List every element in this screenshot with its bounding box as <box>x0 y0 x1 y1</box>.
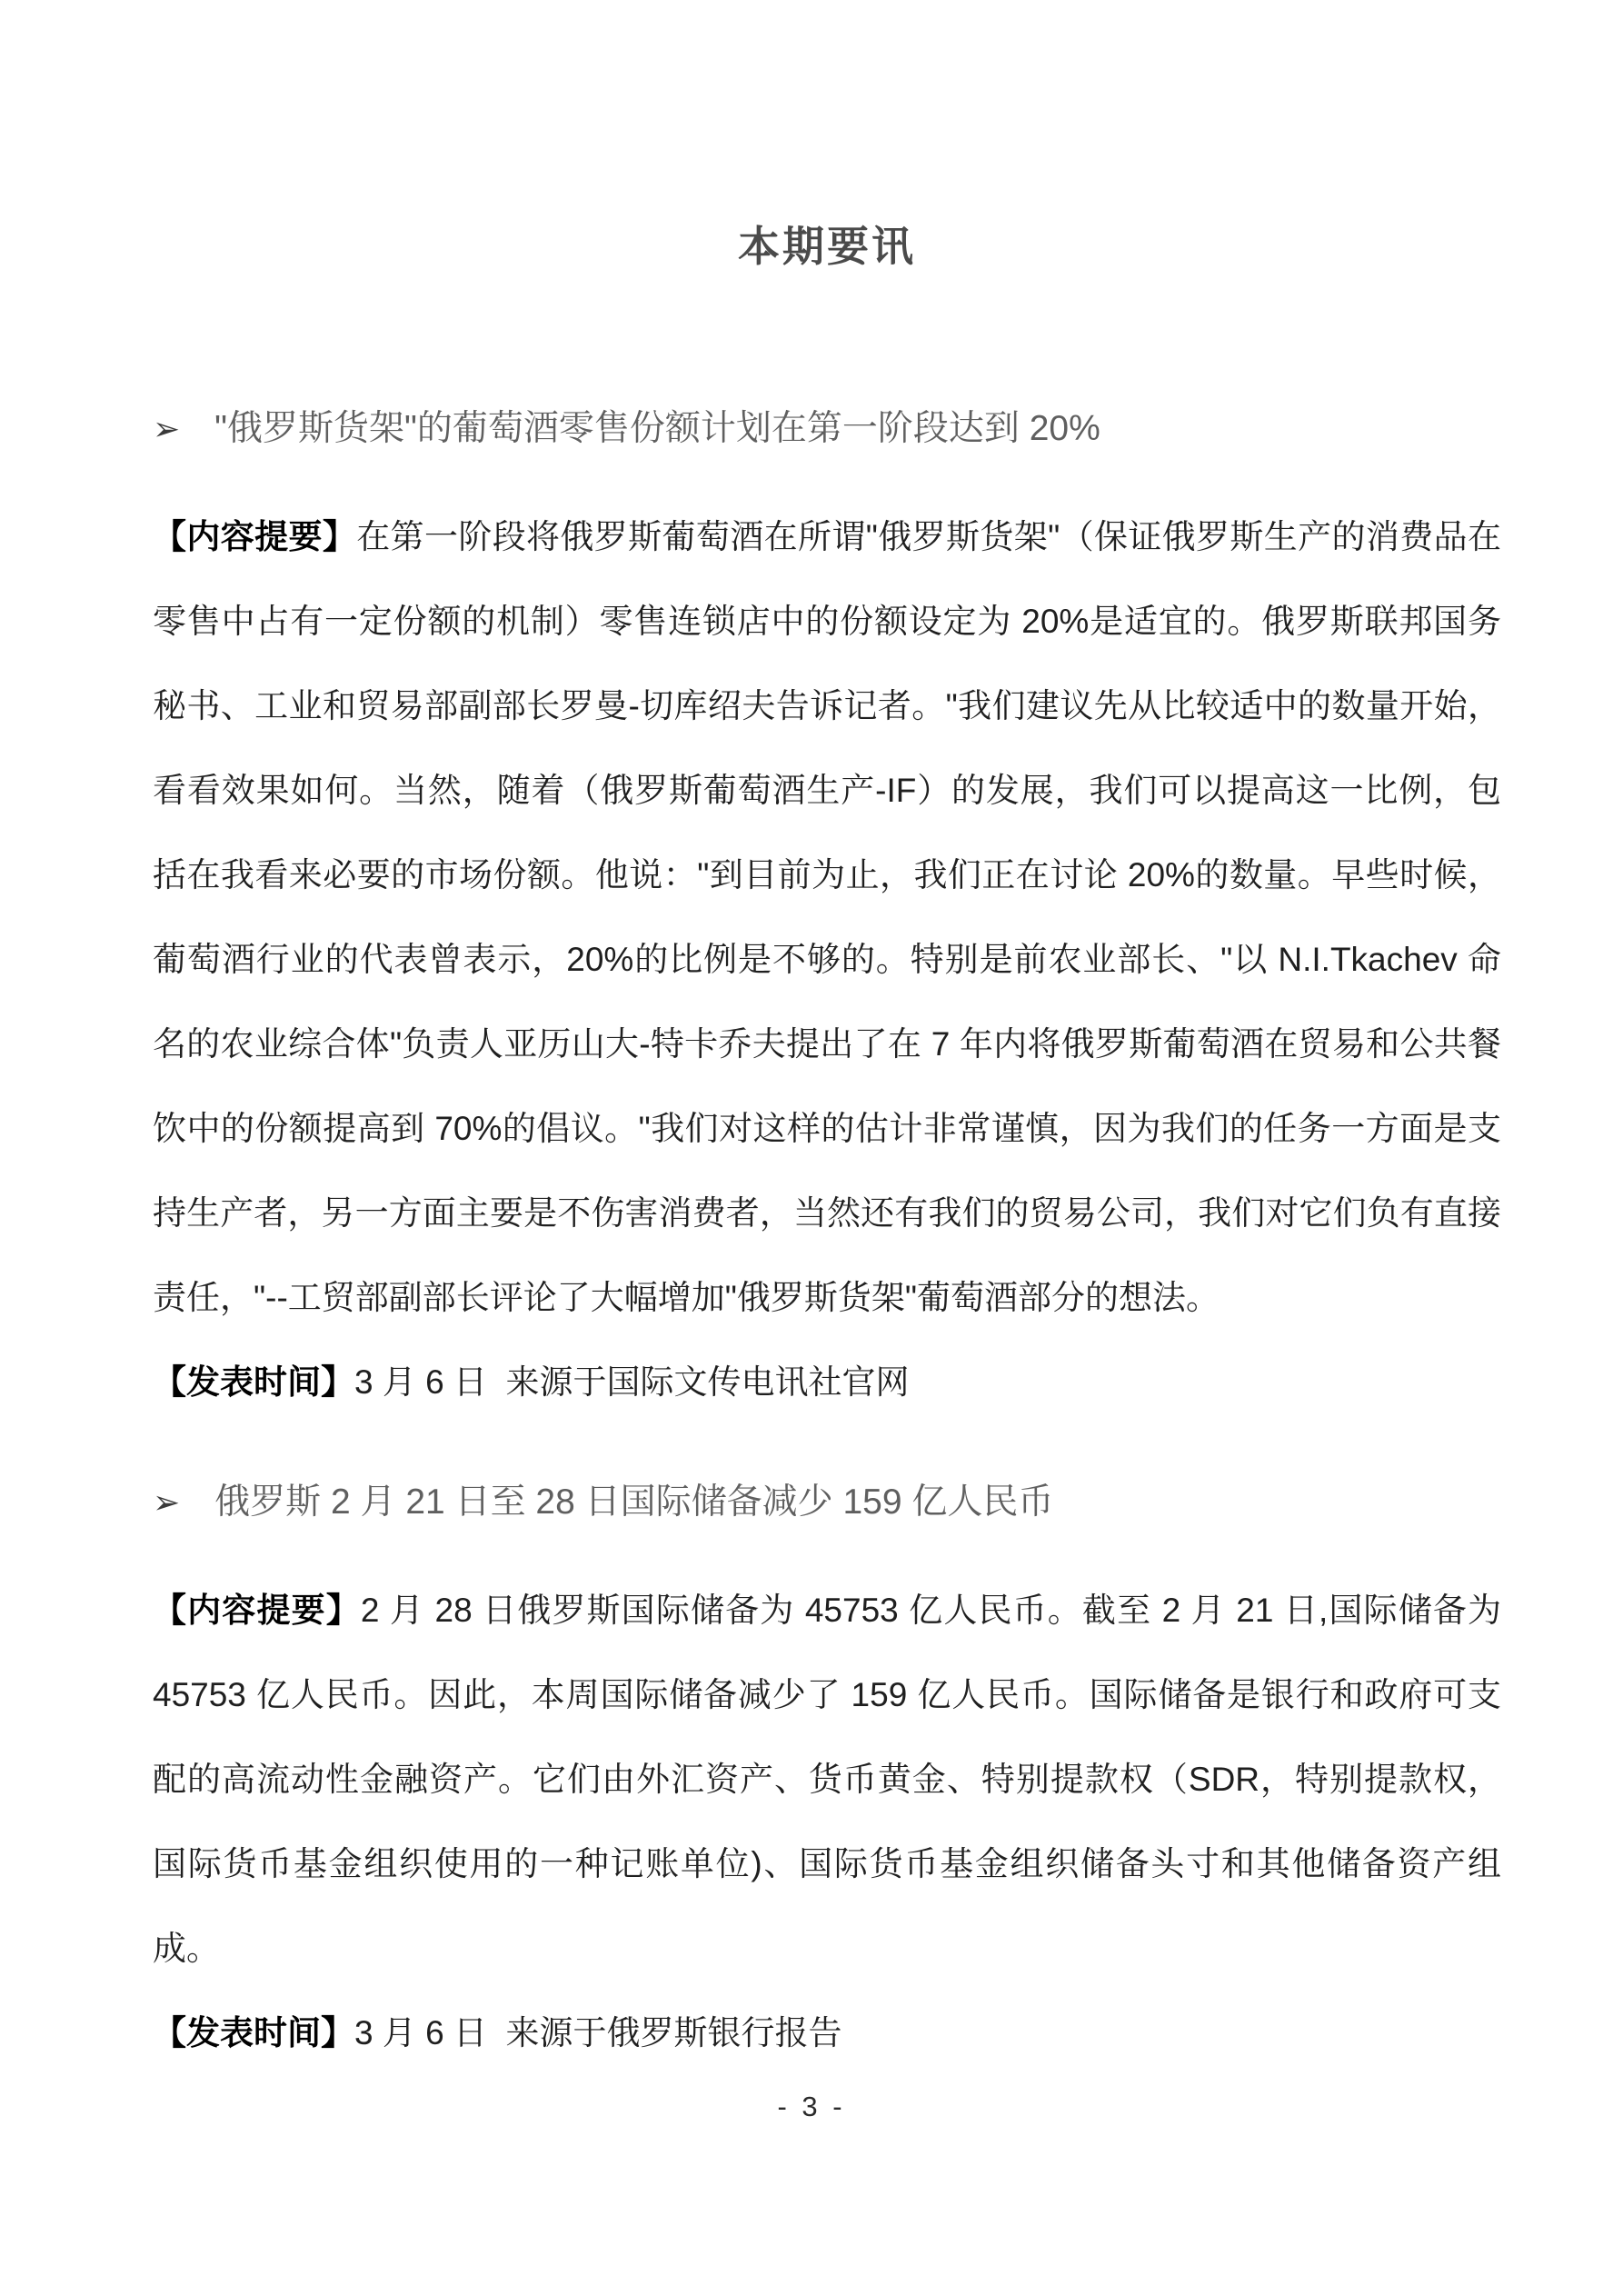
section-1-publish-line: 【发表时间】3 月 6 日 来源于国际文传电讯社官网 <box>153 1340 1501 1424</box>
section-2-heading-row: ➢ 俄罗斯 2 月 21 日至 28 日国际储备减少 159 亿人民币 <box>153 1479 1501 1526</box>
page-title: 本期要讯 <box>153 0 1501 269</box>
summary-label: 【内容提要】 <box>153 518 356 555</box>
summary-label: 【内容提要】 <box>153 1592 361 1629</box>
section-2-publish-line: 【发表时间】3 月 6 日 来源于俄罗斯银行报告 <box>153 1991 1501 2075</box>
document-page: 本期要讯 ➢ "俄罗斯货架"的葡萄酒零售份额计划在第一阶段达到 20% 【内容提… <box>0 0 1623 2296</box>
section-1-summary-text: 在第一阶段将俄罗斯葡萄酒在所谓"俄罗斯货架"（保证俄罗斯生产的消费品在零售中占有… <box>153 518 1501 1316</box>
page-number: - 3 - <box>0 2091 1623 2123</box>
section-2-summary-text: 2 月 28 日俄罗斯国际储备为 45753 亿人民币。截至 2 月 21 日,… <box>153 1592 1510 1967</box>
news-section-2: ➢ 俄罗斯 2 月 21 日至 28 日国际储备减少 159 亿人民币 【内容提… <box>153 1479 1501 2075</box>
section-1-heading: "俄罗斯货架"的葡萄酒零售份额计划在第一阶段达到 20% <box>214 405 1100 453</box>
section-2-summary-paragraph: 【内容提要】2 月 28 日俄罗斯国际储备为 45753 亿人民币。截至 2 月… <box>153 1568 1501 1991</box>
section-1-publish-text: 3 月 6 日 来源于国际文传电讯社官网 <box>354 1363 910 1401</box>
news-section-1: ➢ "俄罗斯货架"的葡萄酒零售份额计划在第一阶段达到 20% 【内容提要】在第一… <box>153 405 1501 1424</box>
section-2-publish-text: 3 月 6 日 来源于俄罗斯银行报告 <box>354 2014 842 2051</box>
section-1-summary-paragraph: 【内容提要】在第一阶段将俄罗斯葡萄酒在所谓"俄罗斯货架"（保证俄罗斯生产的消费品… <box>153 494 1501 1340</box>
publish-label: 【发表时间】 <box>153 2014 354 2051</box>
publish-label: 【发表时间】 <box>153 1363 354 1401</box>
arrow-bullet-icon: ➢ <box>153 405 180 453</box>
section-1-heading-row: ➢ "俄罗斯货架"的葡萄酒零售份额计划在第一阶段达到 20% <box>153 405 1501 453</box>
section-2-heading: 俄罗斯 2 月 21 日至 28 日国际储备减少 159 亿人民币 <box>214 1479 1053 1526</box>
page-content: 本期要讯 ➢ "俄罗斯货架"的葡萄酒零售份额计划在第一阶段达到 20% 【内容提… <box>0 0 1623 2075</box>
arrow-bullet-icon: ➢ <box>153 1479 180 1526</box>
